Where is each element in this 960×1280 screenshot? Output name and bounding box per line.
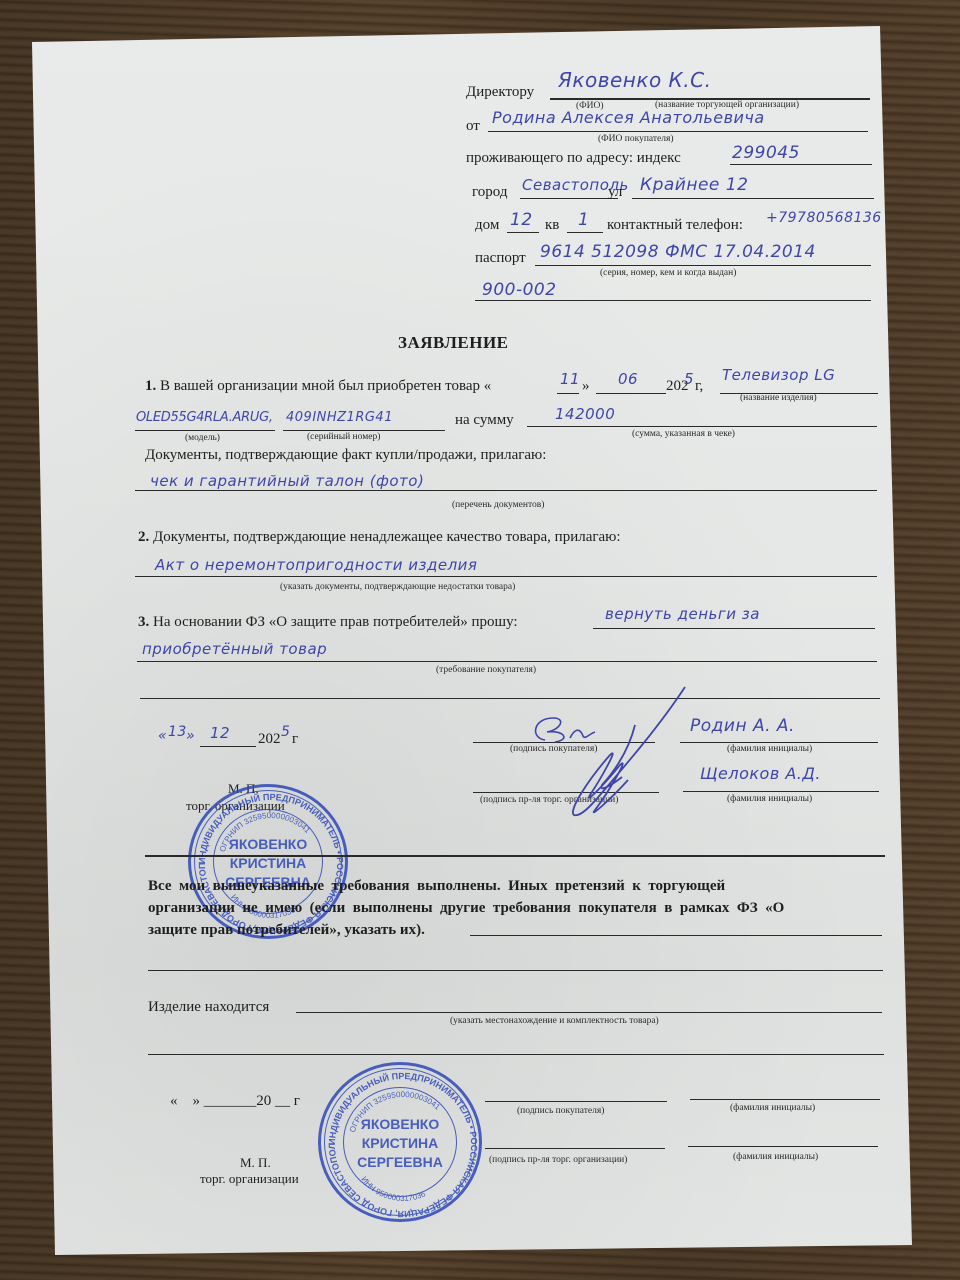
- section2-text: 2. Документы, подтверждающие ненадлежаще…: [138, 529, 621, 546]
- section-divider: [145, 855, 885, 857]
- house-label: дом: [475, 217, 499, 234]
- seller-name-line-2: [688, 1146, 878, 1147]
- passport-label: паспорт: [475, 250, 526, 267]
- sign-year-tail: г: [292, 731, 298, 748]
- seller-name-caption-2: (фамилия инициалы): [733, 1152, 818, 1162]
- purchase-month[interactable]: 06: [618, 370, 638, 388]
- from-value[interactable]: Родина Алексея Анатольевича: [492, 108, 765, 127]
- buyer-name-line: [680, 742, 878, 743]
- section3-line-2: [137, 661, 877, 662]
- city-line: [520, 198, 618, 199]
- buyer-name-line-2: [690, 1099, 880, 1100]
- buyer-sign-line-2: [485, 1101, 667, 1102]
- section2-caption: (указать документы, подтверждающие недос…: [280, 582, 515, 592]
- location-line: [296, 1012, 882, 1013]
- serial-line: [283, 430, 445, 431]
- section3-value-1[interactable]: вернуть деньги за: [605, 605, 760, 623]
- serial-value[interactable]: 409INHZ1RG41: [286, 410, 393, 425]
- seller-name-line: [683, 791, 879, 792]
- address-label: проживающего по адресу: индекс: [466, 150, 681, 167]
- director-label: Директору: [466, 84, 534, 101]
- section2-line: [135, 576, 877, 577]
- house-value[interactable]: 12: [510, 210, 533, 230]
- section1-text: 1. В вашей организации мной был приобрет…: [145, 378, 491, 395]
- svg-text:ИНН 950000317036: ИНН 950000317036: [359, 1175, 427, 1203]
- passport-caption: (серия, номер, кем и когда выдан): [600, 268, 736, 278]
- sign-date-open: «: [158, 728, 167, 744]
- section3-line-3: [140, 698, 880, 699]
- buyer-name[interactable]: Родин А. А.: [690, 716, 795, 736]
- serial-caption: (серийный номер): [307, 432, 380, 442]
- section2-number: 2.: [138, 529, 149, 545]
- from-line: [488, 131, 868, 132]
- closing-line-2: [148, 970, 883, 971]
- section1-number: 1.: [145, 378, 156, 394]
- location-line-2: [148, 1054, 884, 1055]
- director-value[interactable]: Яковенко К.С.: [558, 68, 711, 92]
- purchase-year-digit[interactable]: 5: [684, 370, 694, 388]
- section3-line-1: [593, 628, 875, 629]
- sum-caption: (сумма, указанная в чеке): [632, 429, 735, 439]
- sign-date-month[interactable]: 12: [210, 724, 230, 742]
- passport-value-2[interactable]: 900-002: [482, 280, 557, 300]
- blank-date[interactable]: « » _______20 __ г: [170, 1093, 300, 1110]
- apt-label: кв: [545, 217, 559, 234]
- section3-caption: (требование покупателя): [436, 665, 536, 675]
- sign-date-close: »: [186, 728, 195, 744]
- org-label-2: торг. организации: [200, 1171, 299, 1187]
- house-line: [507, 232, 539, 233]
- section3-number: 3.: [138, 614, 149, 630]
- seller-name[interactable]: Щелоков А.Д.: [700, 764, 821, 783]
- section3-text: 3. На основании ФЗ «О защите прав потреб…: [138, 614, 518, 631]
- product-caption: (название изделия): [740, 393, 817, 403]
- index-value[interactable]: 299045: [732, 143, 800, 163]
- year-tail: г,: [695, 378, 703, 395]
- day-line: [557, 393, 579, 394]
- street-value[interactable]: Крайнее 12: [640, 175, 748, 195]
- caption-buyer-fio: (ФИО покупателя): [598, 134, 674, 144]
- closing-line-1: [470, 935, 882, 936]
- from-label: от: [466, 118, 480, 135]
- buyer-name-caption: (фамилия инициалы): [727, 744, 812, 754]
- section1-intro: В вашей организации мной был приобретен …: [160, 378, 491, 394]
- model-line: [135, 430, 275, 431]
- docs-label: Документы, подтверждающие факт купли/про…: [145, 447, 546, 464]
- sign-month-line: [200, 746, 256, 747]
- street-line: [632, 198, 874, 199]
- docs-value[interactable]: чек и гарантийный талон (фото): [150, 472, 424, 490]
- passport-line-2: [475, 300, 871, 301]
- docs-line: [135, 490, 877, 491]
- index-line: [730, 164, 872, 165]
- city-label: город: [472, 184, 507, 201]
- apt-value[interactable]: 1: [578, 210, 589, 230]
- section2-value[interactable]: Акт о неремонтопригодности изделия: [155, 556, 477, 574]
- phone-label: контактный телефон:: [607, 217, 743, 234]
- company-stamp-2: ИНДИВИДУАЛЬНЫЙ ПРЕДПРИНИМАТЕЛЬ • РОССИЙС…: [318, 1062, 482, 1222]
- product-value[interactable]: Телевизор LG: [722, 366, 835, 384]
- document-title: ЗАЯВЛЕНИЕ: [398, 333, 509, 353]
- location-caption: (указать местонахождение и комплектность…: [450, 1016, 659, 1026]
- mp-label-2: М. П.: [240, 1155, 271, 1171]
- seller-sign-caption-2: (подпись пр-ля торг. организации): [489, 1155, 627, 1165]
- sum-label: на сумму: [455, 412, 514, 429]
- sign-year-prefix: 202: [258, 731, 281, 748]
- seller-name-caption: (фамилия инициалы): [727, 794, 812, 804]
- seller-sign-line-2: [485, 1148, 665, 1149]
- buyer-name-caption-2: (фамилия инициалы): [730, 1103, 815, 1113]
- sign-year-digit[interactable]: 5: [281, 724, 290, 740]
- docs-caption: (перечень документов): [452, 500, 544, 510]
- month-line: [596, 393, 666, 394]
- closing-statement: Все мои вышеуказанные требования выполне…: [148, 875, 883, 941]
- street-label: ул: [608, 184, 622, 201]
- apt-line: [567, 232, 603, 233]
- stamp-name-2: ЯКОВЕНКО КРИСТИНА СЕРГЕЕВНА: [321, 1115, 479, 1172]
- section3-value-2[interactable]: приобретённый товар: [142, 640, 327, 658]
- day-close-quote: »: [582, 378, 590, 395]
- passport-value[interactable]: 9614 512098 ФМС 17.04.2014: [540, 242, 816, 262]
- model-value[interactable]: OLED55G4RLA.ARUG,: [136, 410, 273, 425]
- phone-value[interactable]: +79780568136: [766, 210, 882, 226]
- passport-line: [535, 265, 871, 266]
- purchase-day[interactable]: 11: [560, 370, 580, 388]
- seller-signature: [540, 685, 700, 835]
- sign-date-day[interactable]: 13: [168, 724, 187, 740]
- sum-line: [527, 426, 877, 427]
- section3-intro: На основании ФЗ «О защите прав потребите…: [153, 614, 518, 630]
- model-caption: (модель): [185, 433, 220, 443]
- buyer-sign-caption-2: (подпись покупателя): [517, 1106, 604, 1116]
- section2-intro: Документы, подтверждающие ненадлежащее к…: [153, 529, 621, 545]
- sum-value[interactable]: 142000: [555, 405, 615, 423]
- location-label: Изделие находится: [148, 999, 269, 1016]
